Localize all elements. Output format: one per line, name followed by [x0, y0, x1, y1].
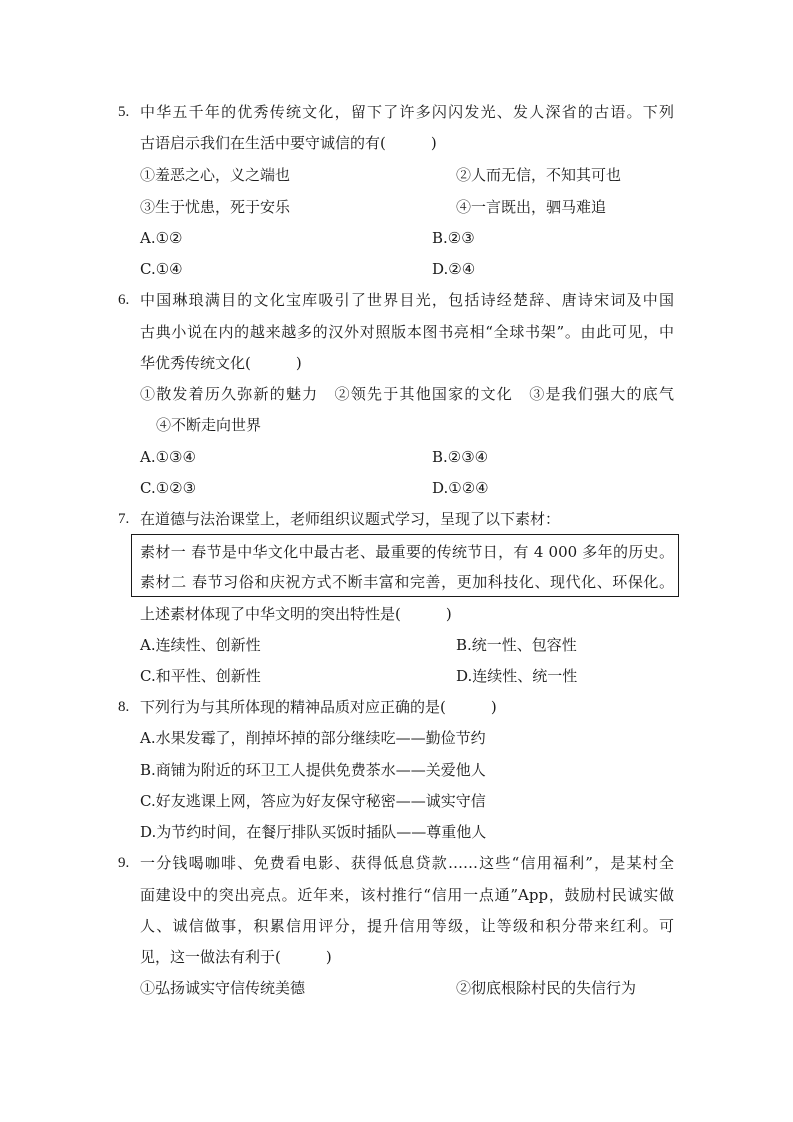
q9-stem-line-3: 人、诚信做事，积累信用评分，提升信用等级，让等级和积分带来红利。可	[140, 916, 674, 936]
q9-stem-line-2: 面建设中的突出亮点。近年来，该村推行“信用一点通”App，鼓励村民诚实做	[140, 885, 674, 905]
q9-number: 9.	[118, 853, 129, 873]
q7-material-1: 素材一 春节是中华文化中最古老、最重要的传统节日，有 4 000 多年的历史。	[140, 542, 674, 562]
q5-statement-2: ②人而无信，不知其可也	[456, 165, 621, 185]
q9-statement-2: ②彻底根除村民的失信行为	[456, 978, 636, 998]
q7-stem-line-1: 在道德与法治课堂上，老师组织议题式学习，呈现了以下素材：	[140, 509, 560, 529]
q6-statements-line-1: ①散发着历久弥新的魅力 ②领先于其他国家的文化 ③是我们强大的底气	[140, 384, 674, 404]
q6-option-d: D.①②④	[432, 478, 489, 498]
q6-option-a: A.①③④	[140, 447, 196, 467]
q5-statement-1: ①羞恶之心，义之端也	[140, 165, 290, 185]
q8-option-c: C.好友逃课上网，答应为好友保守秘密——诚实守信	[140, 791, 486, 811]
q7-material-2: 素材二 春节习俗和庆祝方式不断丰富和完善，更加科技化、现代化、环保化。	[140, 572, 674, 592]
q5-stem-line-1: 中华五千年的优秀传统文化，留下了许多闪闪发光、发人深省的古语。下列	[140, 102, 674, 122]
q9-stem-line-1: 一分钱喝咖啡、免费看电影、获得低息贷款……这些“信用福利”，是某村全	[140, 853, 674, 873]
q5-stem-line-2: 古语启示我们在生活中要守诚信的有( )	[140, 133, 437, 153]
q8-option-b: B.商铺为附近的环卫工人提供免费茶水——关爱他人	[140, 760, 486, 780]
q8-option-a: A.水果发霉了，削掉坏掉的部分继续吃——勤俭节约	[140, 728, 486, 748]
q8-number: 8.	[118, 697, 129, 717]
q7-option-d: D.连续性、统一性	[456, 666, 577, 686]
q6-stem-line-2: 古典小说在内的越来越多的汉外对照版本图书亮相“全球书架”。由此可见，中	[140, 322, 674, 342]
q7-question-line: 上述素材体现了中华文明的突出特性是( )	[140, 604, 452, 624]
q6-number: 6.	[118, 290, 129, 310]
q6-stem-line-1: 中国琳琅满目的文化宝库吸引了世界目光，包括诗经楚辞、唐诗宋词及中国	[140, 290, 674, 310]
q8-stem-line-1: 下列行为与其所体现的精神品质对应正确的是( )	[140, 697, 497, 717]
q5-option-d: D.②④	[432, 259, 475, 279]
q5-option-c: C.①④	[140, 259, 183, 279]
q7-option-a: A.连续性、创新性	[140, 635, 261, 655]
q5-statement-3: ③生于忧患，死于安乐	[140, 197, 290, 217]
q6-stem-line-3: 华优秀传统文化( )	[140, 353, 302, 373]
q5-option-a: A.①②	[140, 228, 183, 248]
q7-option-b: B.统一性、包容性	[456, 635, 577, 655]
q6-statements-line-2: ④不断走向世界	[156, 415, 261, 435]
q9-stem-line-4: 见，这一做法有利于( )	[140, 947, 332, 967]
q5-option-b: B.②③	[432, 228, 475, 248]
q5-statement-4: ④一言既出，驷马难追	[456, 197, 606, 217]
q6-option-c: C.①②③	[140, 478, 196, 498]
q9-statement-1: ①弘扬诚实守信传统美德	[140, 978, 305, 998]
q7-number: 7.	[118, 509, 129, 529]
q7-option-c: C.和平性、创新性	[140, 666, 261, 686]
q5-number: 5.	[118, 102, 129, 122]
q6-option-b: B.②③④	[432, 447, 488, 467]
q8-option-d: D.为节约时间，在餐厅排队买饭时插队——尊重他人	[140, 822, 486, 842]
